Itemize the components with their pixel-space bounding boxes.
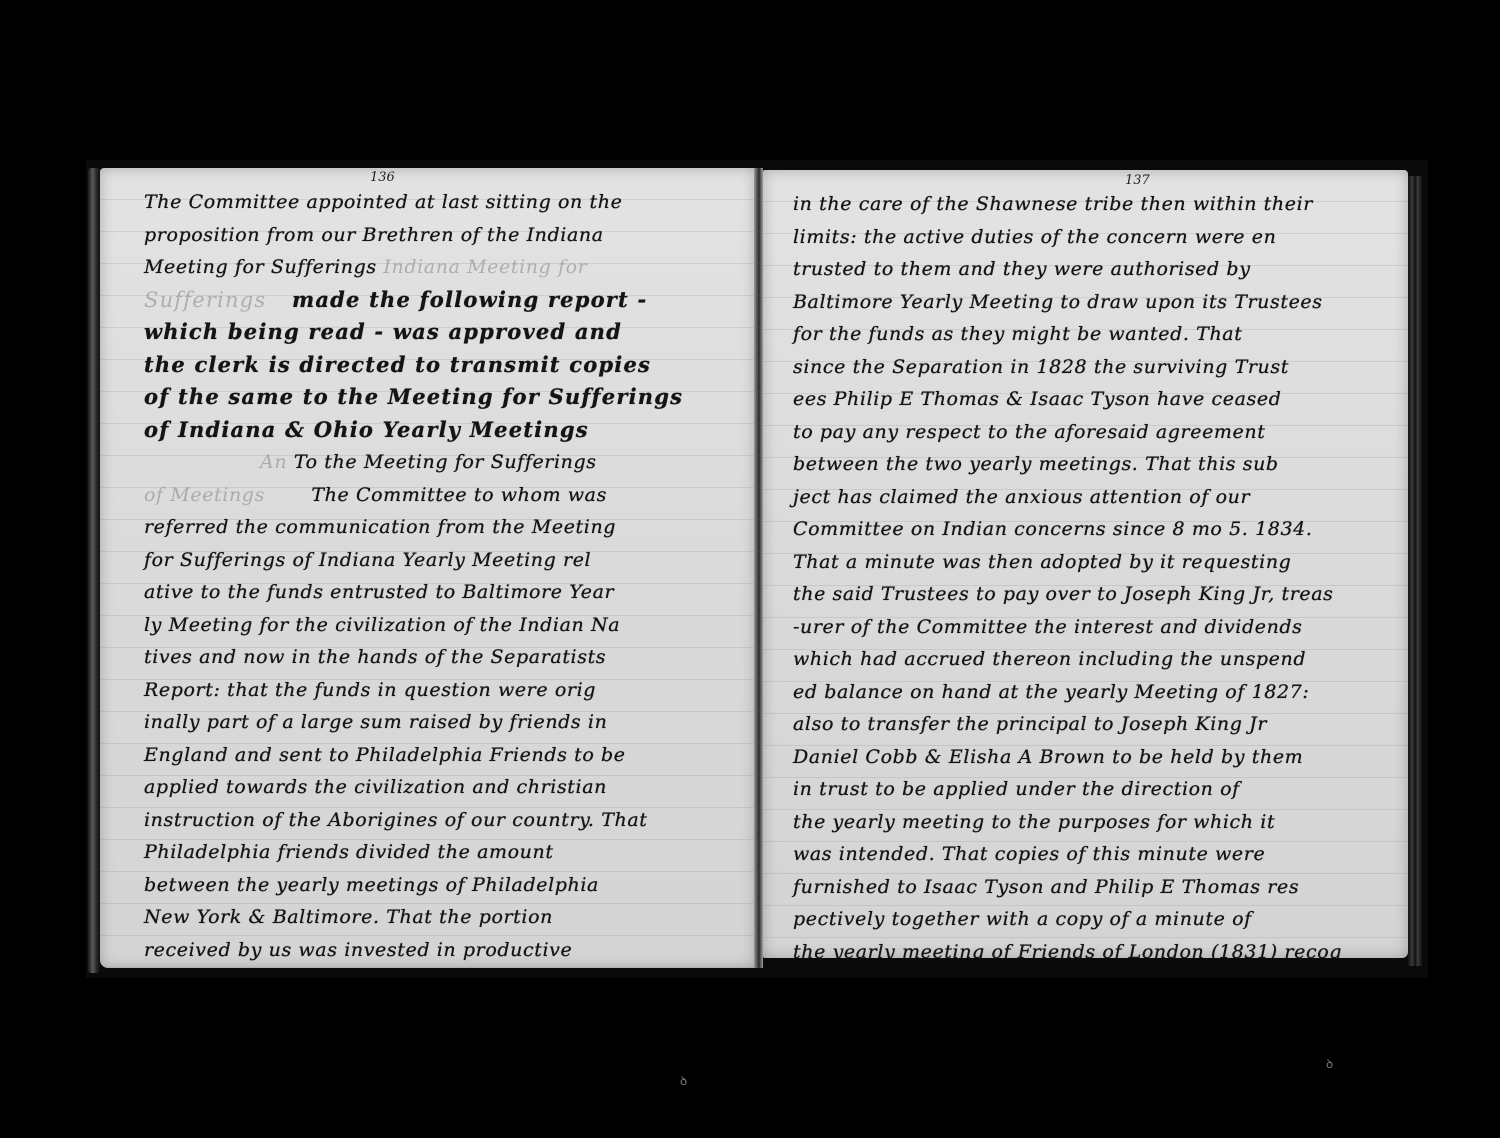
manuscript-line: -urer of the Committee the interest and … [763, 611, 1408, 644]
manuscript-line: applied towards the civilization and chr… [100, 771, 755, 804]
book-binding-right [1408, 176, 1422, 966]
left-page: 136 The Committee appointed at last sitt… [100, 168, 755, 968]
manuscript-line: That a minute was then adopted by it req… [763, 546, 1408, 579]
manuscript-line: furnished to Isaac Tyson and Philip E Th… [763, 871, 1408, 904]
manuscript-line: ly Meeting for the civilization of the I… [100, 609, 755, 642]
manuscript-line: of Indiana & Ohio Yearly Meetings [100, 414, 755, 447]
manuscript-line: to pay any respect to the aforesaid agre… [763, 416, 1408, 449]
manuscript-line: for the funds as they might be wanted. T… [763, 318, 1408, 351]
manuscript-line: the clerk is directed to transmit copies [100, 349, 755, 382]
manuscript-line: tives and now in the hands of the Separa… [100, 641, 755, 674]
manuscript-line: ees Philip E Thomas & Isaac Tyson have c… [763, 383, 1408, 416]
manuscript-line: which had accrued thereon including the … [763, 643, 1408, 676]
overwritten-text: of Meetings [144, 484, 265, 506]
manuscript-line: pectively together with a copy of a minu… [763, 903, 1408, 936]
manuscript-line: in the care of the Shawnese tribe then w… [763, 188, 1408, 221]
manuscript-line: Committee on Indian concerns since 8 mo … [763, 513, 1408, 546]
manuscript-line: ed balance on hand at the yearly Meeting… [763, 676, 1408, 709]
manuscript-line: referred the communication from the Meet… [100, 511, 755, 544]
manuscript-line: for Sufferings of Indiana Yearly Meeting… [100, 544, 755, 577]
manuscript-line: of the same to the Meeting for Suffering… [100, 381, 755, 414]
book-binding-left [88, 168, 100, 973]
book-gutter [754, 168, 763, 968]
manuscript-line: received by us was invested in productiv… [100, 934, 755, 967]
manuscript-line: also to transfer the principal to Joseph… [763, 708, 1408, 741]
manuscript-line: Philadelphia friends divided the amount [100, 836, 755, 869]
manuscript-lines: in the care of the Shawnese tribe then w… [763, 188, 1408, 958]
page-number: 136 [370, 170, 395, 185]
manuscript-line: trusted to them and they were authorised… [763, 253, 1408, 286]
manuscript-line: Sufferings made the following report - [100, 284, 755, 317]
manuscript-line-text: made the following report - [292, 287, 647, 312]
manuscript-line: ject has claimed the anxious attention o… [763, 481, 1408, 514]
manuscript-line: Daniel Cobb & Elisha A Brown to be held … [763, 741, 1408, 774]
manuscript-line: New York & Baltimore. That the portion [100, 901, 755, 934]
manuscript-line-text: The Committee to whom was [311, 484, 607, 506]
manuscript-line: the yearly meeting of Friends of London … [763, 936, 1408, 959]
manuscript-line: ative to the funds entrusted to Baltimor… [100, 576, 755, 609]
manuscript-line: proposition from our Brethren of the Ind… [100, 219, 755, 252]
manuscript-line: Stock in the name of three trustees for … [100, 966, 755, 968]
manuscript-line: was intended. That copies of this minute… [763, 838, 1408, 871]
manuscript-line: The Committee appointed at last sitting … [100, 186, 755, 219]
manuscript-line: the yearly meeting to the purposes for w… [763, 806, 1408, 839]
manuscript-line-text: To the Meeting for Sufferings [294, 451, 597, 473]
overwritten-text: An [260, 451, 287, 473]
stray-mark: ꝺ [1326, 1055, 1333, 1072]
overwritten-text: Sufferings [144, 288, 266, 312]
manuscript-line: Meeting for Sufferings Indiana Meeting f… [100, 251, 755, 284]
manuscript-line: inally part of a large sum raised by fri… [100, 706, 755, 739]
manuscript-lines: The Committee appointed at last sitting … [100, 186, 755, 968]
manuscript-line: limits: the active duties of the concern… [763, 221, 1408, 254]
manuscript-line: which being read - was approved and [100, 316, 755, 349]
stray-mark: ꝺ [680, 1072, 687, 1089]
manuscript-heading: An To the Meeting for Sufferings [100, 446, 755, 479]
manuscript-line-text: Meeting for Sufferings [144, 256, 377, 278]
overwritten-text: Indiana Meeting for [383, 256, 587, 278]
manuscript-line: between the two yearly meetings. That th… [763, 448, 1408, 481]
manuscript-line: instruction of the Aborigines of our cou… [100, 804, 755, 837]
right-page: 137 in the care of the Shawnese tribe th… [763, 170, 1408, 958]
manuscript-line: England and sent to Philadelphia Friends… [100, 739, 755, 772]
manuscript-line: in trust to be applied under the directi… [763, 773, 1408, 806]
manuscript-line: the said Trustees to pay over to Joseph … [763, 578, 1408, 611]
manuscript-line: Report: that the funds in question were … [100, 674, 755, 707]
manuscript-line: of Meetings The Committee to whom was [100, 479, 755, 512]
manuscript-line: between the yearly meetings of Philadelp… [100, 869, 755, 902]
page-number: 137 [1125, 173, 1150, 188]
manuscript-line: since the Separation in 1828 the survivi… [763, 351, 1408, 384]
manuscript-line: Baltimore Yearly Meeting to draw upon it… [763, 286, 1408, 319]
